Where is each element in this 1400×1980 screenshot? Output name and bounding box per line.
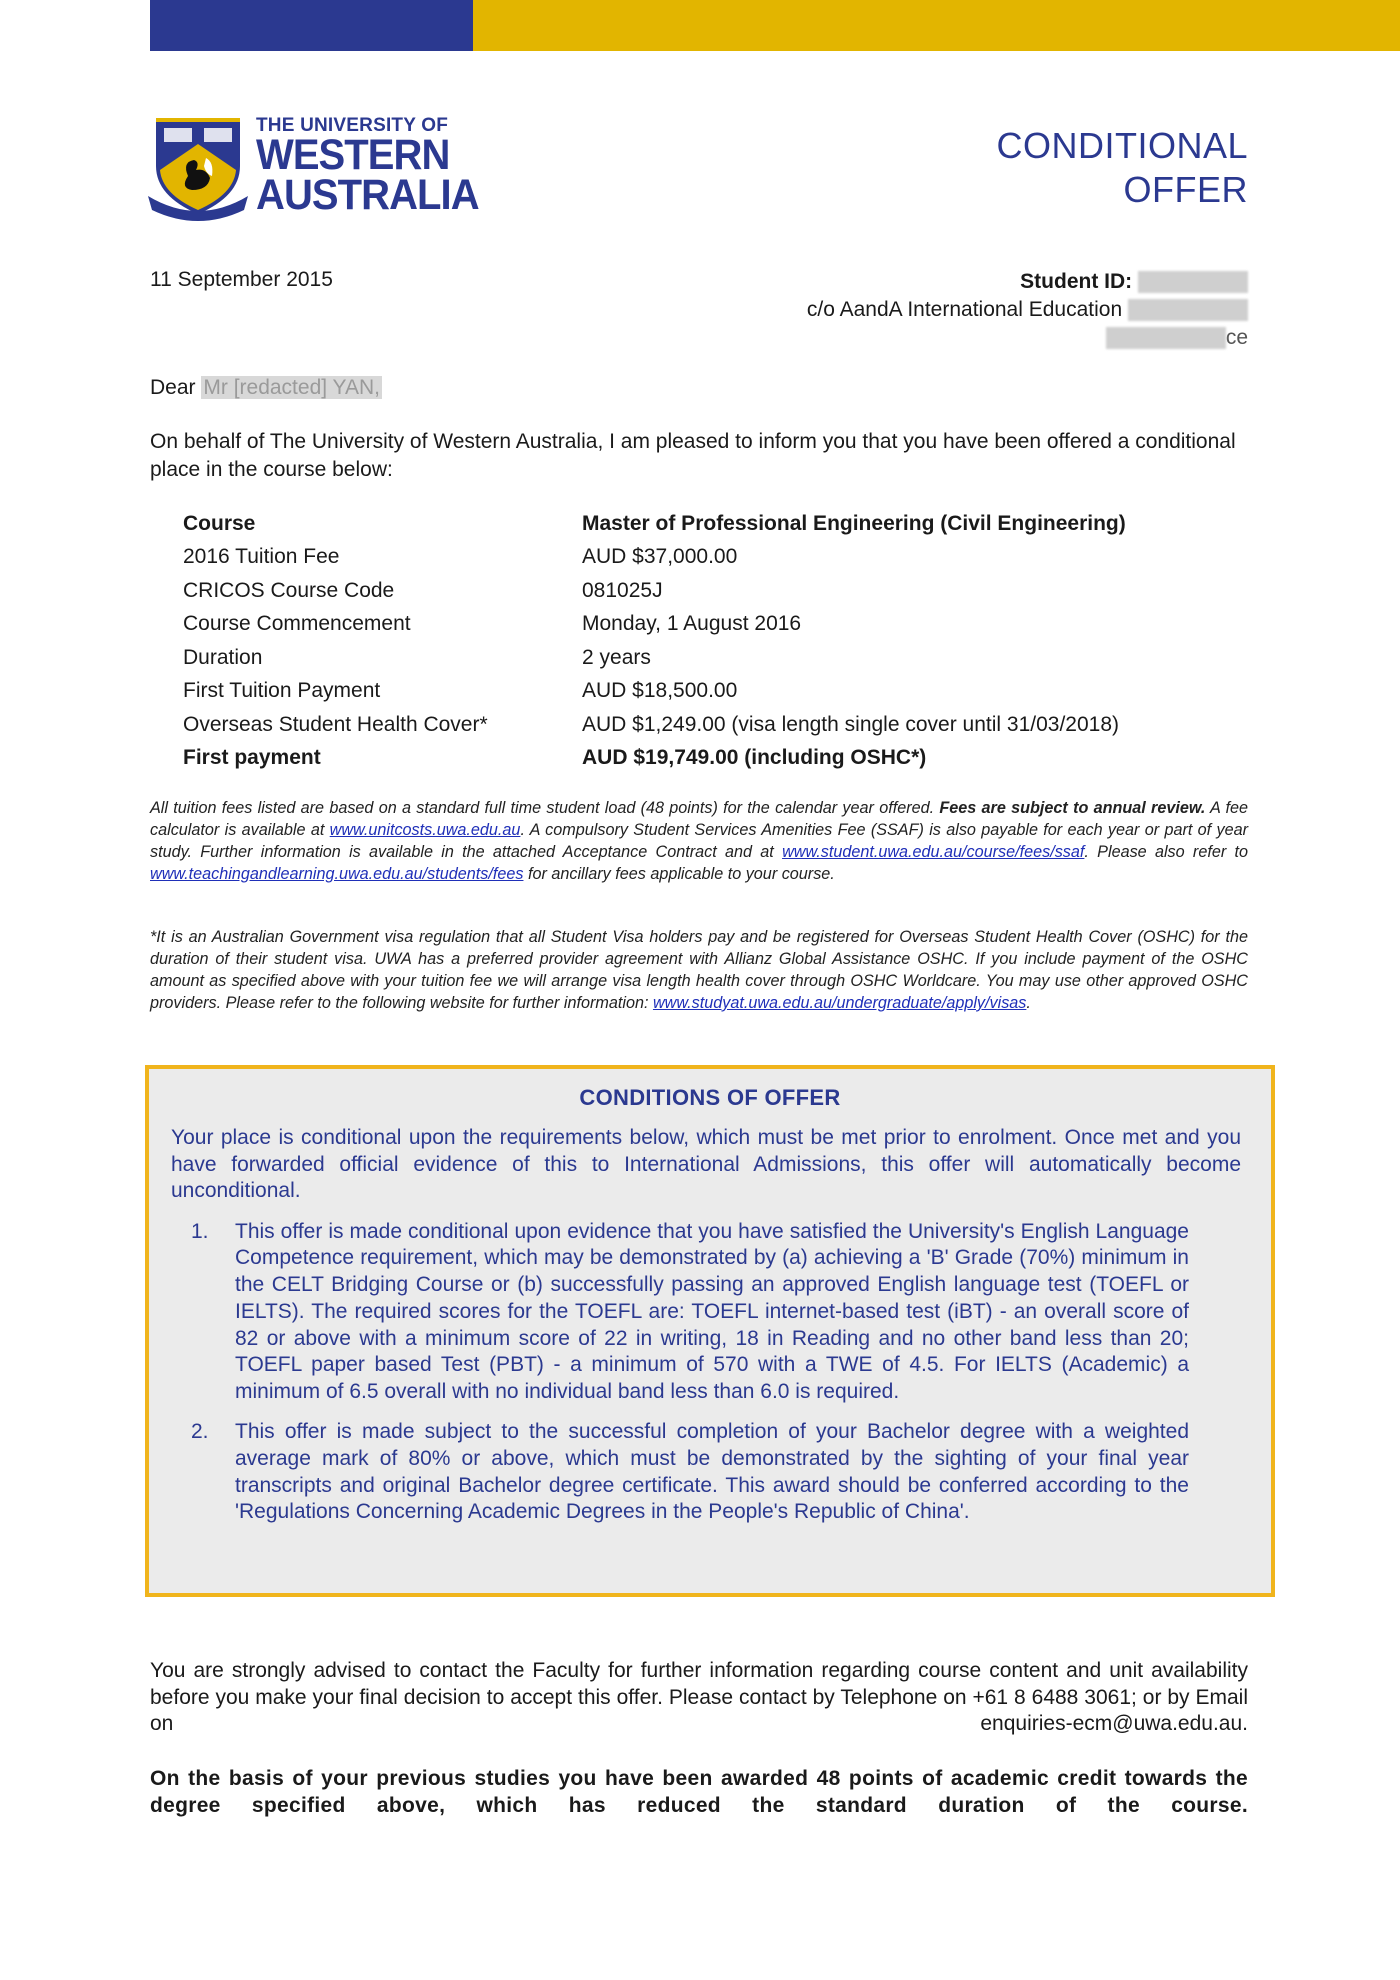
course-detail-label: 2016 Tuition Fee — [183, 541, 582, 575]
address-line-2-redacted — [1106, 327, 1226, 349]
course-details-table: CourseMaster of Professional Engineering… — [183, 507, 1126, 775]
condition-text: This offer is made conditional upon evid… — [235, 1219, 1189, 1407]
fees-review-notice: Fees are subject to annual review. — [939, 799, 1205, 817]
condition-item: 1.This offer is made conditional upon ev… — [171, 1219, 1189, 1407]
condition-text: This offer is made subject to the succes… — [235, 1419, 1189, 1526]
condition-number: 1. — [171, 1219, 235, 1407]
ancillary-fees-link[interactable]: www.teachingandlearning.uwa.edu.au/stude… — [150, 865, 523, 883]
course-detail-row: Overseas Student Health Cover*AUD $1,249… — [183, 708, 1126, 742]
address-redacted — [1128, 299, 1248, 321]
course-detail-value: Monday, 1 August 2016 — [582, 608, 1126, 642]
address-block: Student ID: c/o AandA International Educ… — [807, 268, 1248, 352]
intro-paragraph: On behalf of The University of Western A… — [150, 428, 1248, 484]
contact-paragraph: You are strongly advised to contact the … — [150, 1658, 1248, 1738]
course-detail-label: CRICOS Course Code — [183, 574, 582, 608]
address-line-1: c/o AandA International Education — [807, 298, 1122, 321]
course-detail-value: AUD $1,249.00 (visa length single cover … — [582, 708, 1126, 742]
logo-line-3: AUSTRALIA — [256, 175, 479, 215]
course-detail-row: Course CommencementMonday, 1 August 2016 — [183, 608, 1126, 642]
fees-note-text-4: . Please also refer to — [1084, 843, 1248, 861]
course-detail-label: First Tuition Payment — [183, 675, 582, 709]
university-logo: THE UNIVERSITY OF WESTERN AUSTRALIA — [148, 114, 495, 222]
brand-bar — [150, 0, 1400, 51]
student-id-value-redacted — [1138, 271, 1248, 293]
course-detail-row: CourseMaster of Professional Engineering… — [183, 507, 1126, 541]
course-detail-value: 081025J — [582, 574, 1126, 608]
course-detail-label: First payment — [183, 742, 582, 776]
course-detail-row: First Tuition PaymentAUD $18,500.00 — [183, 675, 1126, 709]
course-detail-label: Course — [183, 507, 582, 541]
course-detail-label: Course Commencement — [183, 608, 582, 642]
course-detail-row: First paymentAUD $19,749.00 (including O… — [183, 742, 1126, 776]
address-line-2-tail: ce — [1226, 326, 1248, 349]
student-id-label: Student ID: — [1020, 270, 1132, 293]
fees-note-text-5: for ancillary fees applicable to your co… — [523, 865, 834, 883]
recipient-name-redacted: Mr [redacted] YAN, — [201, 376, 382, 399]
address-line-1-row: c/o AandA International Education — [807, 296, 1248, 324]
brand-bar-blue — [150, 0, 473, 51]
salutation-prefix: Dear — [150, 376, 196, 399]
conditions-intro: Your place is conditional upon the requi… — [171, 1125, 1241, 1205]
oshc-note: *It is an Australian Government visa reg… — [150, 926, 1248, 1014]
student-id-row: Student ID: — [807, 268, 1248, 296]
logo-wordmark: THE UNIVERSITY OF WESTERN AUSTRALIA — [256, 114, 495, 215]
course-detail-row: CRICOS Course Code081025J — [183, 574, 1126, 608]
course-detail-value: AUD $19,749.00 (including OSHC*) — [582, 742, 1126, 776]
document-title: CONDITIONAL OFFER — [996, 124, 1248, 212]
course-detail-label: Overseas Student Health Cover* — [183, 708, 582, 742]
university-crest-icon — [148, 114, 248, 222]
course-detail-row: Duration2 years — [183, 641, 1126, 675]
conditions-of-offer-box: CONDITIONS OF OFFER Your place is condit… — [145, 1065, 1275, 1597]
fees-note-text-1: All tuition fees listed are based on a s… — [150, 799, 939, 817]
course-detail-row: 2016 Tuition FeeAUD $37,000.00 — [183, 541, 1126, 575]
conditions-title: CONDITIONS OF OFFER — [149, 1085, 1271, 1111]
visas-link[interactable]: www.studyat.uwa.edu.au/undergraduate/app… — [653, 994, 1026, 1012]
conditions-list: 1.This offer is made conditional upon ev… — [171, 1219, 1189, 1527]
course-detail-value: AUD $37,000.00 — [582, 541, 1126, 575]
course-detail-value: 2 years — [582, 641, 1126, 675]
condition-number: 2. — [171, 1419, 235, 1526]
address-line-2-row: ce — [807, 324, 1248, 352]
course-detail-value: Master of Professional Engineering (Civi… — [582, 507, 1126, 541]
course-detail-value: AUD $18,500.00 — [582, 675, 1126, 709]
oshc-note-tail: . — [1026, 994, 1031, 1012]
brand-bar-gold — [473, 0, 1400, 51]
letter-date: 11 September 2015 — [150, 268, 333, 292]
unitcosts-link[interactable]: www.unitcosts.uwa.edu.au — [330, 821, 521, 839]
condition-item: 2.This offer is made subject to the succ… — [171, 1419, 1189, 1526]
credit-paragraph: On the basis of your previous studies yo… — [150, 1766, 1248, 1819]
salutation: Dear Mr [redacted] YAN, — [150, 376, 382, 400]
ssaf-link[interactable]: www.student.uwa.edu.au/course/fees/ssaf — [782, 843, 1084, 861]
course-detail-label: Duration — [183, 641, 582, 675]
fees-note: All tuition fees listed are based on a s… — [150, 797, 1248, 885]
title-line-1: CONDITIONAL — [996, 124, 1248, 168]
logo-line-2: WESTERN — [256, 135, 479, 175]
title-line-2: OFFER — [996, 168, 1248, 212]
